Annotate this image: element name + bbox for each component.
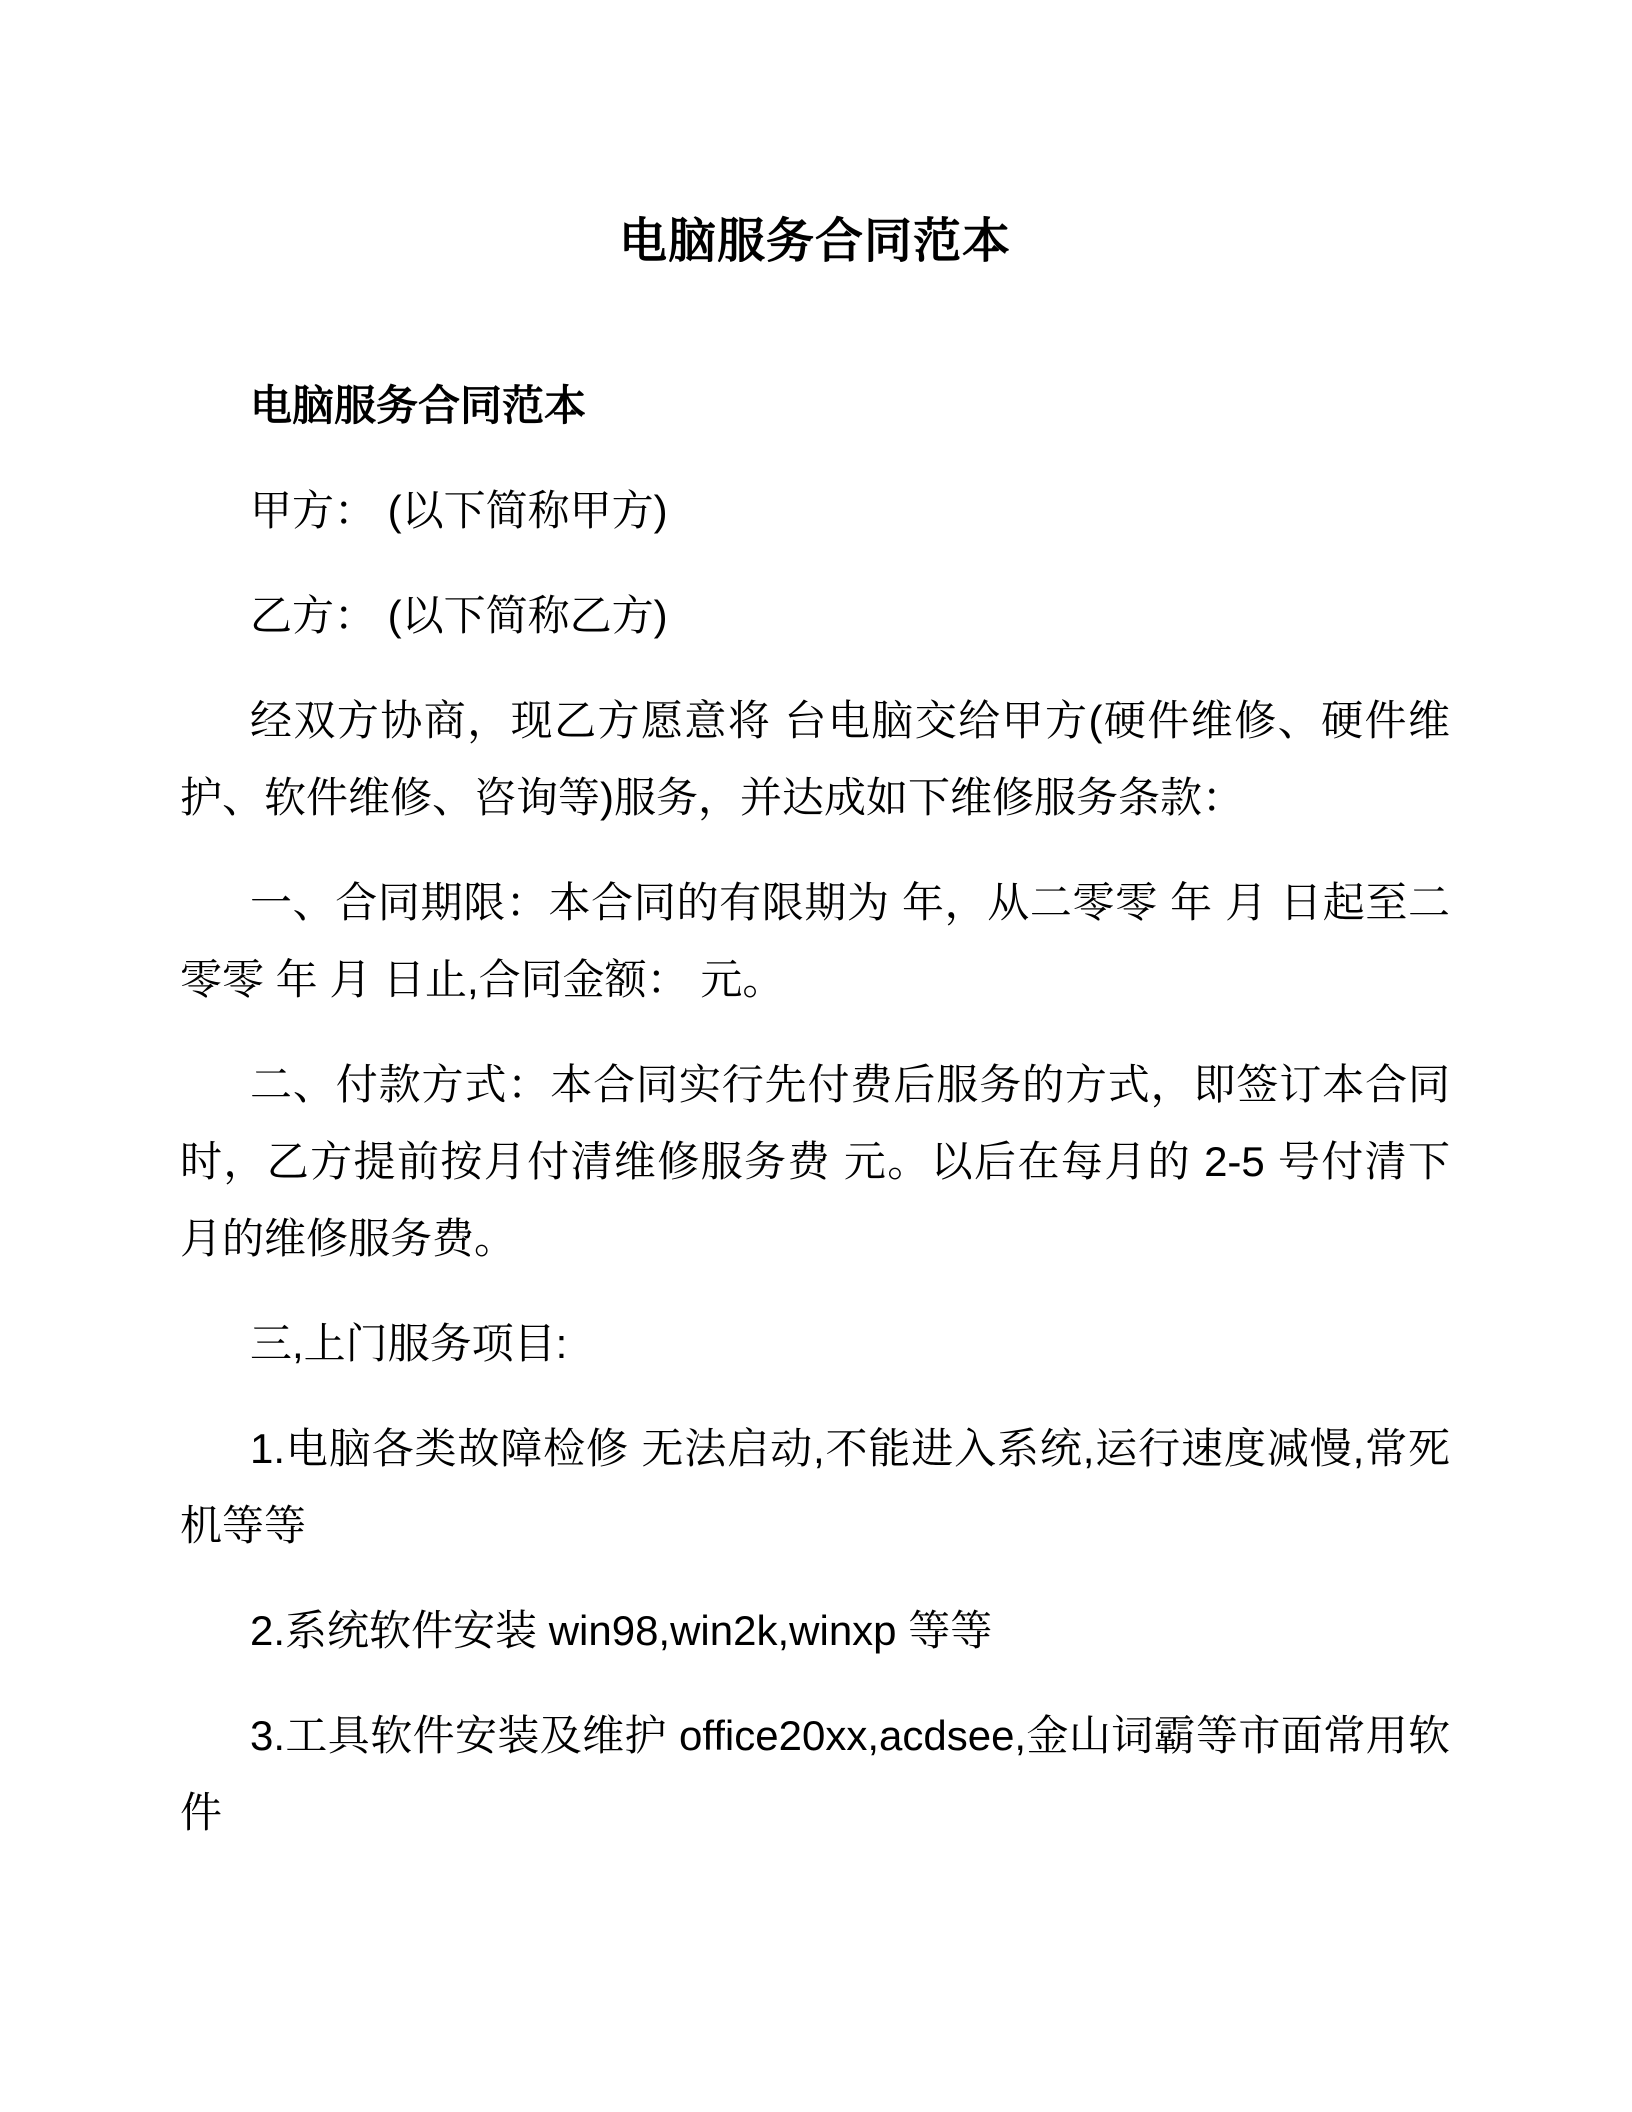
paragraph: 一、合同期限：本合同的有限期为 年，从二零零 年 月 日起至二零零 年 月 日止… [180, 864, 1450, 1018]
paragraph: 电脑服务合同范本 [180, 367, 1450, 444]
paragraph: 二、付款方式：本合同实行先付费后服务的方式，即签订本合同时，乙方提前按月付清维修… [180, 1046, 1450, 1277]
document-page: 电脑服务合同范本 电脑服务合同范本甲方： (以下简称甲方)乙方： (以下简称乙方… [0, 0, 1632, 2112]
paragraph: 2.系统软件安装 win98,win2k,winxp 等等 [180, 1592, 1450, 1669]
paragraph: 1.电脑各类故障检修 无法启动,不能进入系统,运行速度减慢,常死机等等 [180, 1410, 1450, 1564]
document-body: 电脑服务合同范本甲方： (以下简称甲方)乙方： (以下简称乙方)经双方协商，现乙… [180, 367, 1450, 1851]
paragraph: 三,上门服务项目: [180, 1305, 1450, 1382]
paragraph: 乙方： (以下简称乙方) [180, 577, 1450, 654]
document-title: 电脑服务合同范本 [180, 212, 1450, 272]
paragraph: 3.工具软件安装及维护 office20xx,acdsee,金山词霸等市面常用软… [180, 1697, 1450, 1851]
paragraph: 经双方协商，现乙方愿意将 台电脑交给甲方(硬件维修、硬件维护、软件维修、咨询等)… [180, 682, 1450, 836]
paragraph: 甲方： (以下简称甲方) [180, 472, 1450, 549]
